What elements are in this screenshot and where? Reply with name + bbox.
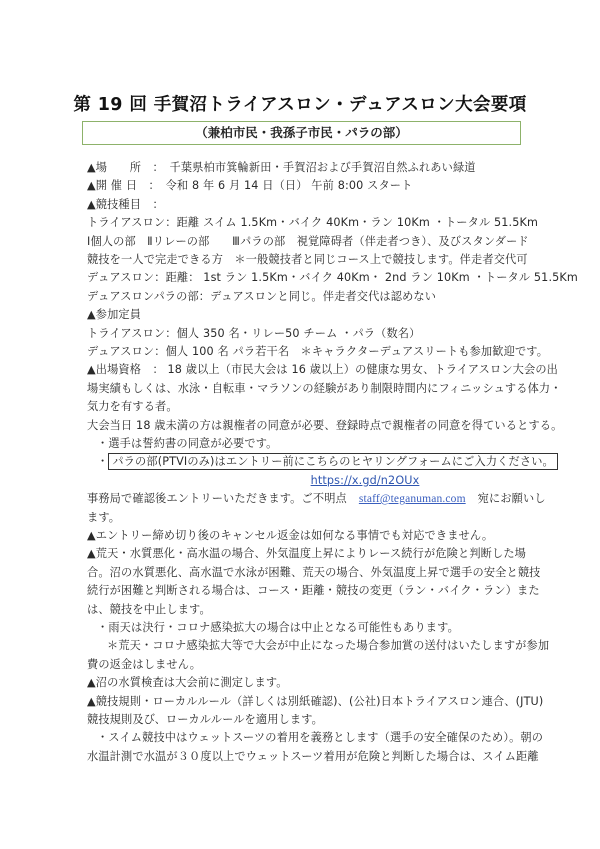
cancel-policy-line: ▲エントリー締め切り後のキャンセル返金は如何なる事情でも対応できません。 [87, 527, 527, 545]
rain-line: ・雨天は決行・コロナ感染拡大の場合は中止となる可能性もあります。 [97, 619, 537, 637]
eligibility-line-2: 場実績もしくは、水泳・自転車・マラソンの経験があり制限時間内にフィニッシュする体… [87, 380, 527, 398]
contact-line-cont: ます。 [87, 509, 527, 527]
event-types-heading: ▲競技種目 ： [87, 196, 527, 214]
bullet: ・ [97, 455, 108, 468]
contact-line: 事務局で確認後エントリーいただきます。ご不明点staff@teganuman.c… [87, 490, 527, 508]
form-link[interactable]: https://x.gd/n2OUx [311, 474, 420, 487]
date-line: ▲開 催 日 ： 令和 8 年 6 月 14 日（日） 午前 8:00 スタート [87, 177, 527, 195]
triathlon-distance-line: トライアスロン：距離 スイム 1.5Km・バイク 40Km・ラン 10Km ・ト… [87, 214, 527, 232]
wetsuit-line: ・スイム競技中はウェットスーツの着用を義務とします（選手の安全確保のため）。朝の [97, 729, 537, 747]
weather-line-3: 続行が困難と判断される場合は、コース・距離・競技の変更（ラン・バイク・ラン）また [87, 582, 527, 600]
form-link-line: https://x.gd/n2OUx [0, 472, 600, 490]
weather-line: ▲荒天・水質悪化・高水温の場合、外気温度上昇によりレース続行が危険と判断した場 [87, 545, 527, 563]
venue-line: ▲場 所 ： 千葉県柏市箕輪新田・手賀沼および手賀沼自然ふれあい緑道 [87, 159, 527, 177]
email-link[interactable]: staff@teganuman.com [359, 493, 466, 505]
refund-line: ＊荒天・コロナ感染拡大等で大会が中止になった場合参加賞の送付はいたしますが参加 [107, 637, 547, 655]
contact-text: 事務局で確認後エントリーいただきます。ご不明点 [87, 492, 347, 505]
pledge-line: ・選手は誓約書の同意が必要です。 [97, 435, 537, 453]
divisions-line-cont: 競技を一人で完走できる方 ＊一般競技者と同じコース上で競技します。伴走者交代可 [87, 251, 527, 269]
para-form-notice: パラの部(PTVIのみ)はエントリー前にこちらのヒヤリングフォームにご入力くださ… [108, 453, 558, 470]
triathlon-capacity-line: トライアスロン：個人 350 名・リレー50 チーム ・パラ（数名） [87, 325, 527, 343]
rules-line: ▲競技規則・ローカルルール（詳しくは別紙確認)、(公社)日本トライアスロン連合、… [87, 693, 527, 711]
eligibility-line: ▲出場資格 ： 18 歳以上（市民大会は 16 歳以上）の健康な男女、トライアス… [87, 361, 527, 379]
eligibility-line-3: 気力を有する者。 [87, 398, 527, 416]
document-title: 第 19 回 手賀沼トライアスロン・デュアスロン大会要項 [0, 91, 600, 116]
subtitle: （兼柏市民・我孫子市民・パラの部） [195, 125, 408, 140]
wetsuit-line-2: 水温計測で水温が３０度以上でウェットスーツ着用が危険と判断した場合は、スイム距離 [87, 748, 527, 766]
weather-line-2: 合。沼の水質悪化、高水温で水泳が困難、荒天の場合、外気温度上昇で選手の安全と競技 [87, 564, 527, 582]
rules-line-2: 競技規則及び、ローカルルールを適用します。 [87, 711, 527, 729]
minor-consent-line: 大会当日 18 歳未満の方は親権者の同意が必要、登録時点で親権者の同意を得ている… [87, 417, 527, 435]
refund-line-2: 費の返金はしません。 [87, 656, 527, 674]
capacity-heading: ▲参加定員 [87, 306, 527, 324]
divisions-line: Ⅰ個人の部 Ⅱリレーの部 Ⅲパラの部 視覚障碍者（伴走者つき）、及びスタンダード [87, 233, 527, 251]
duathlon-para-line: デュアスロンパラの部：デュアスロンと同じ。伴走者交代は認めない [87, 288, 527, 306]
water-test-line: ▲沼の水質検査は大会前に測定します。 [87, 674, 527, 692]
duathlon-capacity-line: デュアスロン：個人 100 名 パラ若干名 ＊キャラクターデュアスリートも参加歓… [87, 343, 527, 361]
subtitle-box: （兼柏市民・我孫子市民・パラの部） [82, 121, 521, 145]
contact-text-after: 宛にお願いし [478, 492, 546, 505]
weather-line-4: は、競技を中止します。 [87, 601, 527, 619]
para-form-line: ・パラの部(PTVIのみ)はエントリー前にこちらのヒヤリングフォームにご入力くだ… [97, 453, 537, 471]
duathlon-distance-line: デュアスロン：距離： 1st ラン 1.5Km・バイク 40Km・ 2nd ラン… [87, 269, 527, 287]
